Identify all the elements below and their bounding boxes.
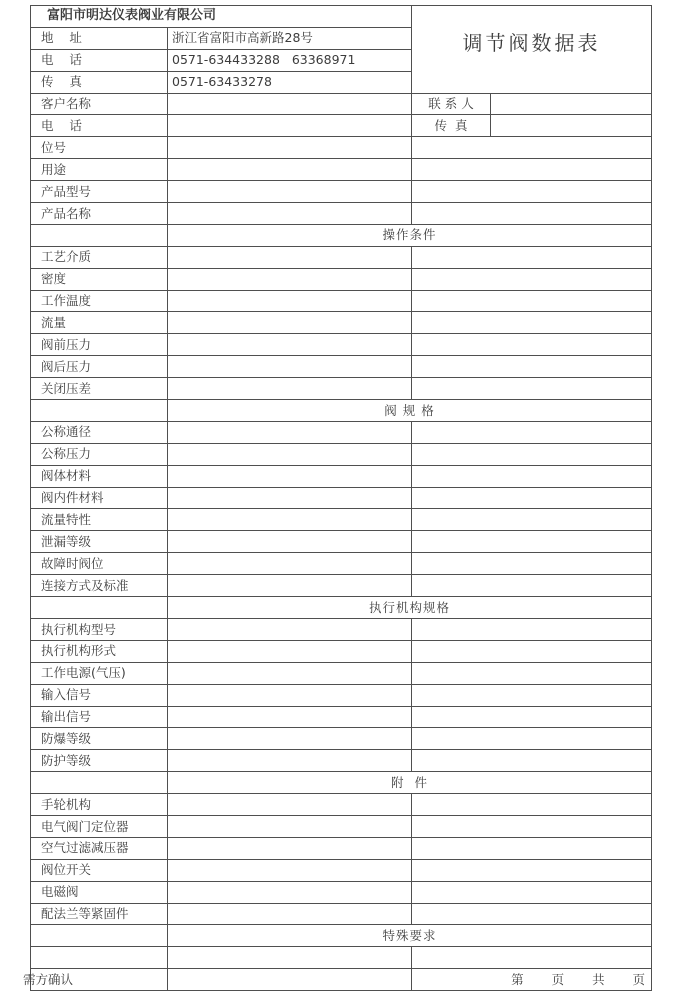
value-cell[interactable] bbox=[168, 334, 412, 356]
value-cell[interactable] bbox=[168, 509, 412, 531]
value-cell-2[interactable] bbox=[412, 728, 652, 750]
value-cell[interactable] bbox=[168, 312, 412, 334]
demander-confirm-field[interactable] bbox=[168, 969, 412, 991]
explosion-proof-row: 防爆等级 bbox=[31, 728, 652, 750]
row-label: 执行机构形式 bbox=[31, 640, 168, 662]
section-title-special-requirements: 特殊要求 bbox=[168, 925, 652, 947]
company-row: 富阳市明达仪表阀业有限公司 调节阀数据表 bbox=[31, 6, 652, 28]
contact-person-field[interactable] bbox=[491, 93, 652, 115]
section-actuator-spec: 执行机构规格 bbox=[31, 597, 652, 619]
empty-label-cell bbox=[31, 400, 168, 422]
value-cell[interactable] bbox=[168, 640, 412, 662]
value-cell[interactable] bbox=[168, 684, 412, 706]
phone-label: 电 话 bbox=[31, 49, 168, 71]
value-cell-2[interactable] bbox=[412, 575, 652, 597]
product-name-field[interactable] bbox=[168, 203, 412, 225]
value-cell-2[interactable] bbox=[412, 334, 652, 356]
value-cell[interactable] bbox=[168, 728, 412, 750]
value-cell[interactable] bbox=[168, 794, 412, 816]
tag-number-field[interactable] bbox=[168, 137, 412, 159]
value-cell[interactable] bbox=[168, 268, 412, 290]
connection-standard-row: 连接方式及标准 bbox=[31, 575, 652, 597]
value-cell[interactable] bbox=[168, 859, 412, 881]
tag-number-label: 位号 bbox=[31, 137, 168, 159]
empty-label-cell bbox=[31, 925, 168, 947]
body-material-row: 阀体材料 bbox=[31, 465, 652, 487]
solenoid-valve-row: 电磁阀 bbox=[31, 881, 652, 903]
section-valve-spec: 阀 规 格 bbox=[31, 400, 652, 422]
handwheel-row: 手轮机构 bbox=[31, 794, 652, 816]
power-supply-row: 工作电源(气压) bbox=[31, 662, 652, 684]
customer-name-field[interactable] bbox=[168, 93, 412, 115]
value-cell-2[interactable] bbox=[412, 312, 652, 334]
value-cell[interactable] bbox=[168, 815, 412, 837]
value-cell[interactable] bbox=[168, 837, 412, 859]
row-label: 流量特性 bbox=[31, 509, 168, 531]
row-label: 防爆等级 bbox=[31, 728, 168, 750]
value-cell-2[interactable] bbox=[412, 947, 652, 969]
tag-number-row: 位号 bbox=[31, 137, 652, 159]
section-operating-conditions: 操作条件 bbox=[31, 224, 652, 246]
trim-material-row: 阀内件材料 bbox=[31, 487, 652, 509]
value-cell[interactable] bbox=[168, 618, 412, 640]
value-cell[interactable] bbox=[168, 443, 412, 465]
value-cell-2[interactable] bbox=[412, 443, 652, 465]
flow-characteristic-row: 流量特性 bbox=[31, 509, 652, 531]
flange-fasteners-row: 配法兰等紧固件 bbox=[31, 903, 652, 925]
section-accessories: 附 件 bbox=[31, 772, 652, 794]
company-name: 富阳市明达仪表阀业有限公司 bbox=[31, 6, 412, 28]
value-cell-2[interactable] bbox=[412, 290, 652, 312]
row-label: 密度 bbox=[31, 268, 168, 290]
document-title: 调节阀数据表 bbox=[412, 6, 652, 94]
address-label: 地 址 bbox=[31, 27, 168, 49]
value-cell-2[interactable] bbox=[412, 421, 652, 443]
empty-label-cell bbox=[31, 597, 168, 619]
value-cell-2[interactable] bbox=[412, 378, 652, 400]
value-cell[interactable] bbox=[168, 553, 412, 575]
customer-name-label: 客户名称 bbox=[31, 93, 168, 115]
value-cell-2[interactable] bbox=[412, 531, 652, 553]
value-cell[interactable] bbox=[168, 246, 412, 268]
row-label: 关闭压差 bbox=[31, 378, 168, 400]
value-cell[interactable] bbox=[168, 575, 412, 597]
row-label: 工作温度 bbox=[31, 290, 168, 312]
value-cell[interactable] bbox=[168, 378, 412, 400]
downstream-pressure-row: 阀后压力 bbox=[31, 356, 652, 378]
value-cell-2[interactable] bbox=[412, 487, 652, 509]
row-label: 手轮机构 bbox=[31, 794, 168, 816]
row-label: 工艺介质 bbox=[31, 246, 168, 268]
density-row: 密度 bbox=[31, 268, 652, 290]
value-cell[interactable] bbox=[168, 662, 412, 684]
customer-phone-field[interactable] bbox=[168, 115, 412, 137]
section-title-accessories: 附 件 bbox=[168, 772, 652, 794]
value-cell-2[interactable] bbox=[412, 684, 652, 706]
row-label: 连接方式及标准 bbox=[31, 575, 168, 597]
customer-fax-label: 传 真 bbox=[412, 115, 491, 137]
page-number-label: 第 页 共 页 bbox=[412, 969, 652, 991]
value-cell-2[interactable] bbox=[412, 750, 652, 772]
actuator-type-row: 执行机构形式 bbox=[31, 640, 652, 662]
customer-name-row: 客户名称 联 系 人 bbox=[31, 93, 652, 115]
nominal-diameter-row: 公称通径 bbox=[31, 421, 652, 443]
value-cell[interactable] bbox=[168, 356, 412, 378]
leakage-class-row: 泄漏等级 bbox=[31, 531, 652, 553]
value-cell-2[interactable] bbox=[412, 509, 652, 531]
position-switch-row: 阀位开关 bbox=[31, 859, 652, 881]
row-label: 流量 bbox=[31, 312, 168, 334]
value-cell-2[interactable] bbox=[412, 246, 652, 268]
value-cell-2[interactable] bbox=[412, 662, 652, 684]
special-requirements-row bbox=[31, 947, 652, 969]
working-temperature-row: 工作温度 bbox=[31, 290, 652, 312]
address-value: 浙江省富阳市高新路28号 bbox=[168, 27, 412, 49]
value-cell-2[interactable] bbox=[412, 356, 652, 378]
valve-data-sheet-table: 富阳市明达仪表阀业有限公司 调节阀数据表 地 址 浙江省富阳市高新路28号 电 … bbox=[30, 5, 652, 991]
row-label: 电磁阀 bbox=[31, 881, 168, 903]
product-name-field-2[interactable] bbox=[412, 203, 652, 225]
value-cell-2[interactable] bbox=[412, 553, 652, 575]
value-cell[interactable] bbox=[168, 531, 412, 553]
value-cell[interactable] bbox=[168, 947, 412, 969]
row-label: 阀位开关 bbox=[31, 859, 168, 881]
fax-value: 0571-63433278 bbox=[168, 71, 412, 93]
contact-person-label: 联 系 人 bbox=[412, 93, 491, 115]
value-cell-2[interactable] bbox=[412, 859, 652, 881]
row-label: 空气过滤减压器 bbox=[31, 837, 168, 859]
purpose-label: 用途 bbox=[31, 159, 168, 181]
product-name-label: 产品名称 bbox=[31, 203, 168, 225]
output-signal-row: 输出信号 bbox=[31, 706, 652, 728]
purpose-row: 用途 bbox=[31, 159, 652, 181]
product-model-label: 产品型号 bbox=[31, 181, 168, 203]
row-label: 工作电源(气压) bbox=[31, 662, 168, 684]
footer-row: 需方确认 第 页 共 页 bbox=[31, 969, 652, 991]
value-cell-2[interactable] bbox=[412, 903, 652, 925]
row-label: 公称通径 bbox=[31, 421, 168, 443]
value-cell-2[interactable] bbox=[412, 640, 652, 662]
section-title-actuator-spec: 执行机构规格 bbox=[168, 597, 652, 619]
fax-label: 传 真 bbox=[31, 71, 168, 93]
row-label: 故障时阀位 bbox=[31, 553, 168, 575]
value-cell-2[interactable] bbox=[412, 837, 652, 859]
row-label: 电气阀门定位器 bbox=[31, 815, 168, 837]
empty-label-cell bbox=[31, 224, 168, 246]
air-filter-regulator-row: 空气过滤减压器 bbox=[31, 837, 652, 859]
purpose-field[interactable] bbox=[168, 159, 412, 181]
document-page: 富阳市明达仪表阀业有限公司 调节阀数据表 地 址 浙江省富阳市高新路28号 电 … bbox=[0, 0, 700, 1000]
shutoff-pressure-row: 关闭压差 bbox=[31, 378, 652, 400]
value-cell-2[interactable] bbox=[412, 268, 652, 290]
value-cell[interactable] bbox=[168, 881, 412, 903]
empty-label-cell bbox=[31, 947, 168, 969]
customer-phone-row: 电 话 传 真 bbox=[31, 115, 652, 137]
row-label: 阀体材料 bbox=[31, 465, 168, 487]
value-cell[interactable] bbox=[168, 290, 412, 312]
fail-position-row: 故障时阀位 bbox=[31, 553, 652, 575]
row-label: 阀内件材料 bbox=[31, 487, 168, 509]
value-cell-2[interactable] bbox=[412, 881, 652, 903]
row-label: 公称压力 bbox=[31, 443, 168, 465]
value-cell-2[interactable] bbox=[412, 815, 652, 837]
input-signal-row: 输入信号 bbox=[31, 684, 652, 706]
value-cell-2[interactable] bbox=[412, 618, 652, 640]
tag-number-field-2[interactable] bbox=[412, 137, 652, 159]
row-label: 输入信号 bbox=[31, 684, 168, 706]
value-cell[interactable] bbox=[168, 903, 412, 925]
row-label: 执行机构型号 bbox=[31, 618, 168, 640]
product-model-field[interactable] bbox=[168, 181, 412, 203]
row-label: 阀后压力 bbox=[31, 356, 168, 378]
row-label: 阀前压力 bbox=[31, 334, 168, 356]
row-label: 配法兰等紧固件 bbox=[31, 903, 168, 925]
value-cell-2[interactable] bbox=[412, 706, 652, 728]
nominal-pressure-row: 公称压力 bbox=[31, 443, 652, 465]
row-label: 输出信号 bbox=[31, 706, 168, 728]
row-label: 泄漏等级 bbox=[31, 531, 168, 553]
value-cell[interactable] bbox=[168, 750, 412, 772]
section-title-valve-spec: 阀 规 格 bbox=[168, 400, 652, 422]
value-cell-2[interactable] bbox=[412, 465, 652, 487]
product-model-row: 产品型号 bbox=[31, 181, 652, 203]
actuator-model-row: 执行机构型号 bbox=[31, 618, 652, 640]
protection-class-row: 防护等级 bbox=[31, 750, 652, 772]
value-cell-2[interactable] bbox=[412, 794, 652, 816]
value-cell[interactable] bbox=[168, 706, 412, 728]
process-medium-row: 工艺介质 bbox=[31, 246, 652, 268]
value-cell[interactable] bbox=[168, 487, 412, 509]
flow-rate-row: 流量 bbox=[31, 312, 652, 334]
value-cell[interactable] bbox=[168, 465, 412, 487]
purpose-field-2[interactable] bbox=[412, 159, 652, 181]
row-label: 防护等级 bbox=[31, 750, 168, 772]
customer-phone-label: 电 话 bbox=[31, 115, 168, 137]
value-cell[interactable] bbox=[168, 421, 412, 443]
phone-value: 0571-634433288 63368971 bbox=[168, 49, 412, 71]
demander-confirm-label: 需方确认 bbox=[31, 969, 168, 991]
customer-fax-field[interactable] bbox=[491, 115, 652, 137]
upstream-pressure-row: 阀前压力 bbox=[31, 334, 652, 356]
positioner-row: 电气阀门定位器 bbox=[31, 815, 652, 837]
section-special-requirements: 特殊要求 bbox=[31, 925, 652, 947]
product-name-row: 产品名称 bbox=[31, 203, 652, 225]
empty-label-cell bbox=[31, 772, 168, 794]
product-model-field-2[interactable] bbox=[412, 181, 652, 203]
section-title-operating-conditions: 操作条件 bbox=[168, 224, 652, 246]
